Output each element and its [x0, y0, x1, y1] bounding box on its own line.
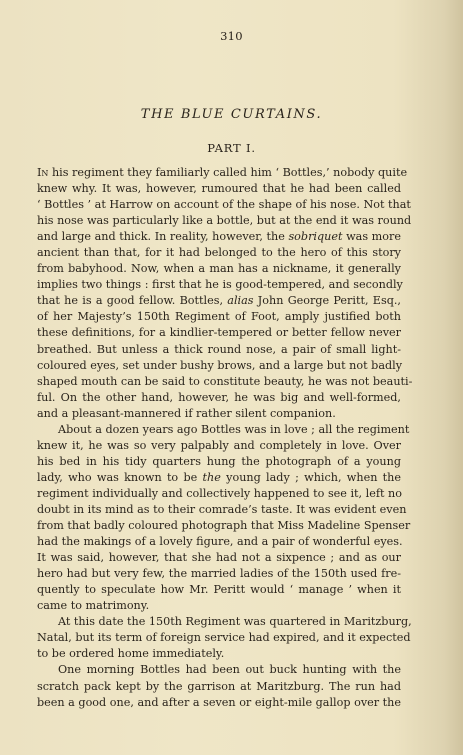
text-line: knew it, he was so very palpably and com… [37, 438, 401, 454]
text-line: and large and thick. In reality, however… [37, 229, 401, 245]
text-line: breathed. But unless a thick round nose,… [37, 342, 401, 358]
part-heading: PART I. [0, 141, 463, 155]
text-line: ancient than that, for it had belonged t… [37, 245, 401, 261]
text-line: from babyhood. Now, when a man has a nic… [37, 261, 401, 277]
text-line: doubt in its mind as to their comrade’s … [37, 502, 401, 518]
text-line: and a pleasant-mannered if rather silent… [37, 406, 401, 422]
text-line: implies two things : first that he is go… [37, 277, 401, 293]
text-line: that he is a good fellow. Bottles, alias… [37, 293, 401, 309]
body-text: In his regiment they familiarly called h… [37, 165, 401, 711]
text-line: his nose was particularly like a bottle,… [37, 213, 401, 229]
text-line: One morning Bottles had been out buck hu… [37, 662, 401, 678]
text-line: from that badly coloured photograph that… [37, 518, 401, 534]
page-number: 310 [0, 29, 463, 43]
italic-word: alias [227, 294, 253, 307]
text-line: knew why. It was, however, rumoured that… [37, 181, 401, 197]
text-line: had the makings of a lovely figure, and … [37, 534, 401, 550]
text-line: ‘ Bottles ’ at Harrow on account of the … [37, 197, 401, 213]
text-line: to be ordered home immediately. [37, 646, 401, 662]
text-line: of her Majesty’s 150th Regiment of Foot,… [37, 309, 401, 325]
text-line: lady, who was known to be the young lady… [37, 470, 401, 486]
text-line: shaped mouth can be said to constitute b… [37, 374, 401, 390]
text-line: coloured eyes, set under bushy brows, an… [37, 358, 401, 374]
text-line: ful. On the other hand, however, he was … [37, 390, 401, 406]
text-line: scratch pack kept by the garrison at Mar… [37, 679, 401, 695]
italic-word: the [203, 471, 221, 484]
text-line: regiment individually and collectively h… [37, 486, 401, 502]
text-line: these definitions, for a kindlier-temper… [37, 325, 401, 341]
small-caps-opening: In [37, 166, 48, 179]
text-line: It was said, however, that she had not a… [37, 550, 401, 566]
text-line: About a dozen years ago Bottles was in l… [37, 422, 401, 438]
text-line: quently to speculate how Mr. Peritt woul… [37, 582, 401, 598]
text-line: been a good one, and after a seven or ei… [37, 695, 401, 711]
text-line: At this date the 150th Regiment was quar… [37, 614, 401, 630]
text-line: Natal, but its term of foreign service h… [37, 630, 401, 646]
text-line: hero had but very few, the married ladie… [37, 566, 401, 582]
text-line: came to matrimony. [37, 598, 401, 614]
text-line: his bed in his tidy quarters hung the ph… [37, 454, 401, 470]
italic-word: sobriquet [288, 230, 342, 243]
text-line: In his regiment they familiarly called h… [37, 165, 401, 181]
story-title: THE BLUE CURTAINS. [0, 107, 463, 122]
